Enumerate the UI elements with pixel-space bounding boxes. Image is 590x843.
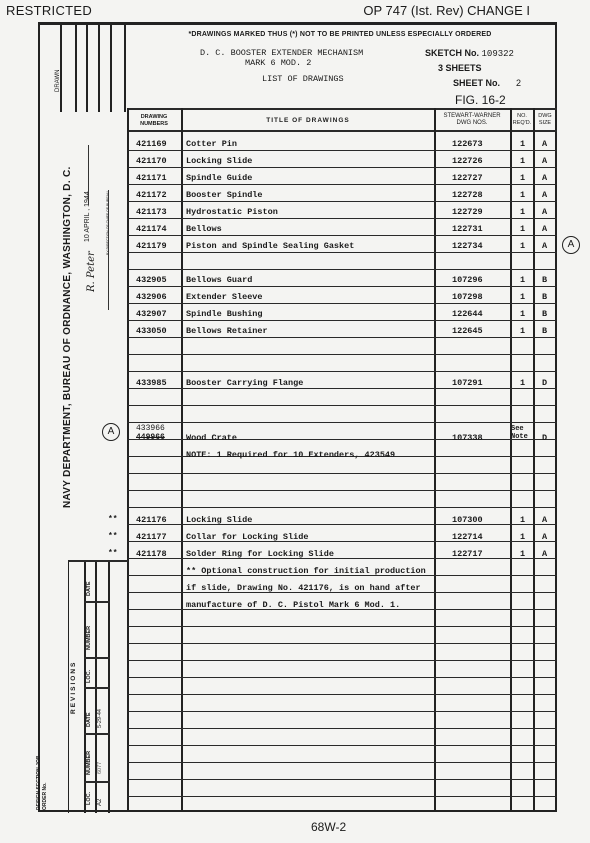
side-strip-line [75,22,77,112]
qty-required: 1 [520,292,525,302]
row-divider [127,388,557,389]
revision-a-marker-icon: A [102,423,120,441]
drawing-number: 421179 [136,241,167,251]
qty-required: 1 [520,275,525,285]
col-line-size [533,108,535,812]
row-divider [127,779,557,780]
drawing-number: 421172 [136,190,167,200]
row-divider [127,252,557,253]
header-drawing-numbers: DRAWING NUMBERS [129,114,179,128]
row-divider [127,728,557,729]
col-line-drawing-no [127,108,129,812]
drawing-title: Bellows Retainer [186,326,268,336]
header-size: DWG SIZE [535,113,555,127]
sheet-number: SHEET No.2 [453,78,521,88]
drawing-number: 433985 [136,378,167,388]
dwg-size: B [542,275,547,285]
row-divider [127,405,557,406]
row-divider [127,626,557,627]
drawing-number: 432907 [136,309,167,319]
drawing-number: 421176 [136,515,167,525]
drawing-number: 433966 [136,424,165,433]
dwg-size: D [542,378,547,388]
rev-entry-date: 5-29-44 [97,709,103,728]
sw-number: 122734 [452,241,483,251]
dwg-size: B [542,309,547,319]
row-divider [127,694,557,695]
row-divider [127,337,557,338]
drawing-number: 421173 [136,207,167,217]
drawing-number: 421171 [136,173,167,183]
dwg-size: A [542,156,547,166]
dwg-size: A [542,173,547,183]
row-divider [127,354,557,355]
rev-entry-loc: A2 [97,799,103,806]
rev-entry-number: 6077 [97,762,103,774]
row-divider [127,507,557,508]
drawing-number: 421174 [136,224,167,234]
classification-label: RESTRICTED [6,3,92,18]
qty-required: 1 [520,549,525,559]
title-line-2: MARK 6 MOD. 2 [245,58,311,68]
sw-number: 122644 [452,309,483,319]
row-divider [127,677,557,678]
sw-number: 122714 [452,532,483,542]
row-divider [127,218,557,219]
row-divider [127,660,557,661]
drawing-title: Hydrostatic Piston [186,207,278,217]
sw-number: 122645 [452,326,483,336]
row-divider [127,796,557,797]
drawing-title: Booster Spindle [186,190,263,200]
optional-note-line-2: if slide, Drawing No. 421176, is on hand… [186,583,421,593]
rev-header-loc: LOC. [86,792,92,805]
title-line-1: D. C. BOOSTER EXTENDER MECHANISM [200,48,363,58]
sw-number: 122717 [452,549,483,559]
optional-marker: ** [108,549,118,558]
row-divider [127,269,557,270]
side-strip-line [110,22,112,112]
qty-required: 1 [520,173,525,183]
row-divider [127,473,557,474]
qty-required: 1 [520,156,525,166]
drawing-number: 432906 [136,292,167,302]
drawing-title: Bellows [186,224,222,234]
side-strip-line [98,22,100,112]
sketch-number: SKETCH No. 109322 [425,48,514,59]
dwg-size: B [542,292,547,302]
sketch-value: 109322 [482,49,514,59]
drawing-title: Spindle Guide [186,173,252,183]
header-stewart-warner: STEWART-WARNER DWG NOS. [436,113,508,127]
dwg-size: B [542,326,547,336]
drawing-title: Extender Sleeve [186,292,263,302]
optional-note-line-1: ** Optional construction for initial pro… [186,566,426,576]
side-strip-line [124,22,126,112]
drawing-title: Locking Slide [186,515,252,525]
sheet-no-label: SHEET No. [453,78,500,88]
row-divider [127,490,557,491]
dwg-size: A [542,207,547,217]
row-divider [127,320,557,321]
revision-a-marker-icon: A [562,236,580,254]
row-divider [127,150,557,151]
header-req: NO. REQ'D. [512,113,532,127]
drawing-number: 421170 [136,156,167,166]
row-divider [127,711,557,712]
sheet-count: 3 SHEETS [438,63,482,73]
qty-required: 1 [520,326,525,336]
sw-number: 122729 [452,207,483,217]
rev-line [84,601,110,603]
sw-number: 107300 [452,515,483,525]
sw-number: 107338 [452,433,483,443]
drawing-title: Wood Crate [186,433,237,443]
qty-required: 1 [520,378,525,388]
dwg-size: D [542,433,547,443]
row-divider [127,762,557,763]
table-top-border [127,108,557,110]
drawing-title: Booster Carrying Flange [186,378,303,388]
dwg-size: A [542,190,547,200]
rev-line [84,733,110,735]
sheet-no-value: 2 [516,78,521,88]
drawing-title: Cotter Pin [186,139,237,149]
approval-signature: R. Peter [86,251,97,292]
date-underline [88,145,89,205]
col-line-req [510,108,512,812]
rev-line [84,687,110,689]
row-divider [127,303,557,304]
row-divider [127,422,557,423]
dwg-size: A [542,549,547,559]
qty-required: 1 [520,515,525,525]
qty-required: See Note [511,425,533,441]
title-line-3: LIST OF DRAWINGS [262,74,344,84]
drawing-number: 421178 [136,549,167,559]
rev-header-loc-2: LOC. [86,670,92,683]
crate-note: NOTE: 1 Required for 10 Extenders, 42354… [186,450,395,460]
row-divider [127,201,557,202]
rev-header-date: DATE [86,712,92,727]
dwg-size: A [542,532,547,542]
dwg-size: A [542,139,547,149]
sw-number: 122673 [452,139,483,149]
qty-required: 1 [520,139,525,149]
department-label: NAVY DEPARTMENT, BUREAU OF ORDNANCE, WAS… [62,166,73,508]
optional-marker: ** [108,515,118,524]
row-divider [127,371,557,372]
qty-required: 1 [520,190,525,200]
drawing-number: 433050 [136,326,167,336]
table-header-bottom-border [127,130,557,132]
drawn-label: DRAWN [55,70,61,92]
sw-number: 122728 [452,190,483,200]
sw-number: 107291 [452,378,483,388]
drawing-number-struck: 449966 [136,433,165,442]
drawing-title: Spindle Bushing [186,309,263,319]
rev-header-number-2: NUMBER [86,626,92,650]
row-divider [127,184,557,185]
dwg-size: A [542,241,547,251]
rev-line [84,657,110,659]
row-divider [127,745,557,746]
qty-required: 1 [520,241,525,251]
qty-required: 1 [520,309,525,319]
side-strip-line [60,22,62,112]
qty-required: 1 [520,532,525,542]
col-line-sw [434,108,436,812]
dwg-size: A [542,224,547,234]
drawing-number: 421169 [136,139,167,149]
rev-line [68,560,128,562]
revisions-title: REVISIONS [70,661,77,714]
document-reference: OP 747 (Ist. Rev) CHANGE I [363,3,530,18]
page-footer: 68W-2 [311,820,346,834]
sw-number: 107296 [452,275,483,285]
rev-header-date-2: DATE [86,581,92,596]
side-strip-line [86,22,88,112]
qty-required: 1 [520,207,525,217]
col-line-title [181,108,183,812]
drawing-title: Piston and Spindle Sealing Gasket [186,241,354,251]
drawing-title: Solder Ring for Locking Slide [186,549,334,559]
drawing-number: 432905 [136,275,167,285]
row-divider [127,167,557,168]
signature-underline [108,190,109,310]
row-divider [127,643,557,644]
sketch-label: SKETCH No. [425,48,479,58]
sw-number: 122727 [452,173,483,183]
design-section-label: DESIGN SECTION JOB ORDER No. [36,750,48,810]
sw-number: 122731 [452,224,483,234]
drawing-title: Bellows Guard [186,275,252,285]
qty-required: 1 [520,224,525,234]
header-title: TITLE OF DRAWINGS [183,117,433,124]
rev-header-number: NUMBER [86,751,92,775]
optional-note-line-3: manufacture of D. C. Pistol Mark 6 Mod. … [186,600,400,610]
row-divider [127,286,557,287]
figure-number: FIG. 16-2 [455,93,506,107]
drawing-title: Locking Slide [186,156,252,166]
rev-line [84,781,110,783]
row-divider [127,235,557,236]
dwg-size: A [542,515,547,525]
sw-number: 122726 [452,156,483,166]
optional-marker: ** [108,532,118,541]
drawing-title: Collar for Locking Slide [186,532,308,542]
print-banner: *DRAWINGS MARKED THUS (*) NOT TO BE PRIN… [160,31,520,38]
sw-number: 107298 [452,292,483,302]
drawing-number: 421177 [136,532,167,542]
